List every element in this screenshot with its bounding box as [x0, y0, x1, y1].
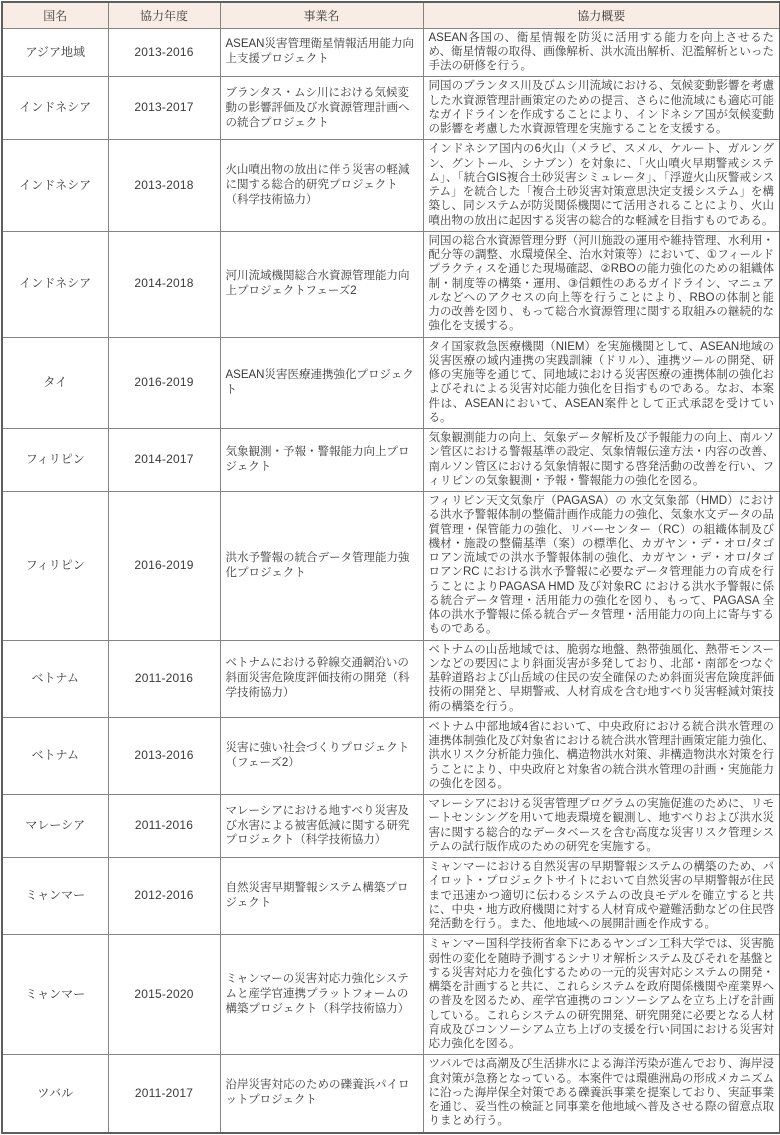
column-header-overview: 協力概要	[423, 2, 780, 28]
country-cell: インドネシア	[2, 77, 108, 140]
project-cell: ASEAN災害管理衛星情報活用能力向上支援プロジェクト	[220, 28, 423, 77]
years-cell: 2016-2019	[108, 492, 220, 641]
country-cell: ミャンマー	[2, 858, 108, 935]
country-cell: マレーシア	[2, 795, 108, 858]
country-cell: フィリピン	[2, 492, 108, 641]
table-row: ベトナム2013-2016災害に強い社会づくりプロジェクト（フェーズ2）ベトナム…	[2, 717, 780, 794]
years-cell: 2013-2018	[108, 140, 220, 232]
country-cell: ベトナム	[2, 717, 108, 794]
overview-cell: タイ国家救急医療機関（NIEM）を実施機関として、ASEAN地域の災害医療の域内…	[423, 337, 780, 429]
project-cell: 洪水予警報の統合データ管理能力強化プロジェクト	[220, 492, 423, 641]
table-row: ミャンマー2012-2016自然災害早期警報システム構築プロジェクトミャンマーに…	[2, 858, 780, 935]
years-cell: 2013-2016	[108, 717, 220, 794]
country-cell: ミャンマー	[2, 935, 108, 1055]
overview-cell: ベトナム中部地域4省において、中央政府における統合洪水管理の連携体制強化及び対象…	[423, 717, 780, 794]
years-cell: 2015-2020	[108, 935, 220, 1055]
project-cell: 河川流域機関総合水資源管理能力向上プロジェクトフェーズ2	[220, 231, 423, 337]
years-cell: 2014-2017	[108, 429, 220, 492]
years-cell: 2014-2018	[108, 231, 220, 337]
overview-cell: ツバルでは高潮及び生活排水による海洋汚染が進んでおり、海岸浸食対策が急務となって…	[423, 1055, 780, 1133]
years-cell: 2011-2016	[108, 795, 220, 858]
years-cell: 2012-2016	[108, 858, 220, 935]
project-cell: 火山噴出物の放出に伴う災害の軽減に関する総合的研究プロジェクト（科学技術協力）	[220, 140, 423, 232]
overview-cell: 気象観測能力の向上、気象データ解析及び予報能力の向上、南ルソン管区における警報基…	[423, 429, 780, 492]
overview-cell: インドネシア国内の6火山（メラピ、スメル、ケルート、ガルングン、グントール、シナ…	[423, 140, 780, 232]
table-row: インドネシア2013-2017ブランタス・ムシ川における気候変動の影響評価及び水…	[2, 77, 780, 140]
column-header-country: 国名	[2, 2, 108, 28]
country-cell: ベトナム	[2, 640, 108, 717]
project-cell: ミャンマーの災害対応力強化システムと産学官連携プラットフォームの構築プロジェクト…	[220, 935, 423, 1055]
overview-cell: フィリピン天文気象庁（PAGASA）の 水文気象部（HMD）における洪水予警報体…	[423, 492, 780, 641]
overview-cell: 同国のブランタス川及びムシ川流域における、気候変動影響を考慮した水資源管理計画策…	[423, 77, 780, 140]
project-cell: 災害に強い社会づくりプロジェクト（フェーズ2）	[220, 717, 423, 794]
table-header-row: 国名 協力年度 事業名 協力概要	[2, 2, 780, 28]
project-cell: 沿岸災害対応のための礫養浜パイロットプロジェクト	[220, 1055, 423, 1133]
table-row: ミャンマー2015-2020ミャンマーの災害対応力強化システムと産学官連携プラッ…	[2, 935, 780, 1055]
table-row: タイ2016-2019ASEAN災害医療連携強化プロジェクトタイ国家救急医療機関…	[2, 337, 780, 429]
table-row: フィリピン2014-2017気象観測・予報・警報能力向上プロジェクト気象観測能力…	[2, 429, 780, 492]
project-cell: マレーシアにおける地すべり災害及び水害による被害低減に関する研究プロジェクト（科…	[220, 795, 423, 858]
project-cell: ベトナムにおける幹線交通網沿いの斜面災害危険度評価技術の開発（科学技術協力）	[220, 640, 423, 717]
years-cell: 2016-2019	[108, 337, 220, 429]
overview-cell: ベトナムの山岳地域では、脆弱な地盤、熱帯強風化、熱帯モンスーンなどの要因により斜…	[423, 640, 780, 717]
project-cell: 自然災害早期警報システム構築プロジェクト	[220, 858, 423, 935]
country-cell: フィリピン	[2, 429, 108, 492]
overview-cell: ミャンマーにおける自然災害の早期警報システムの構築のため、パイロット・プロジェク…	[423, 858, 780, 935]
overview-cell: 同国の総合水資源管理分野（河川施設の運用や維持管理、水利用・配分等の調整、水環境…	[423, 231, 780, 337]
country-cell: ツバル	[2, 1055, 108, 1133]
project-cell: 気象観測・予報・警報能力向上プロジェクト	[220, 429, 423, 492]
table-row: マレーシア2011-2016マレーシアにおける地すべり災害及び水害による被害低減…	[2, 795, 780, 858]
project-cell: ブランタス・ムシ川における気候変動の影響評価及び水資源管理計画への統合プロジェク…	[220, 77, 423, 140]
years-cell: 2013-2016	[108, 28, 220, 77]
country-cell: インドネシア	[2, 140, 108, 232]
column-header-years: 協力年度	[108, 2, 220, 28]
column-header-project: 事業名	[220, 2, 423, 28]
table-row: インドネシア2013-2018火山噴出物の放出に伴う災害の軽減に関する総合的研究…	[2, 140, 780, 232]
table-row: アジア地域2013-2016ASEAN災害管理衛星情報活用能力向上支援プロジェク…	[2, 28, 780, 77]
years-cell: 2011-2017	[108, 1055, 220, 1133]
years-cell: 2011-2016	[108, 640, 220, 717]
country-cell: インドネシア	[2, 231, 108, 337]
project-cell: ASEAN災害医療連携強化プロジェクト	[220, 337, 423, 429]
table-row: ツバル2011-2017沿岸災害対応のための礫養浜パイロットプロジェクトツバルで…	[2, 1055, 780, 1133]
table-row: インドネシア2014-2018河川流域機関総合水資源管理能力向上プロジェクトフェ…	[2, 231, 780, 337]
overview-cell: マレーシアにおける災害管理プログラムの実施促進のために、リモートセンシングを用い…	[423, 795, 780, 858]
years-cell: 2013-2017	[108, 77, 220, 140]
country-cell: アジア地域	[2, 28, 108, 77]
overview-cell: ミャンマー国科学技術省傘下にあるヤンゴン工科大学では、災害脆弱性の変化を随時予測…	[423, 935, 780, 1055]
table-row: フィリピン2016-2019洪水予警報の統合データ管理能力強化プロジェクトフィリ…	[2, 492, 780, 641]
cooperation-projects-table: 国名 協力年度 事業名 協力概要 アジア地域2013-2016ASEAN災害管理…	[1, 1, 780, 1134]
overview-cell: ASEAN各国の、衛星情報を防災に活用する能力を向上させるため、衛星情報の取得、…	[423, 28, 780, 77]
table-row: ベトナム2011-2016ベトナムにおける幹線交通網沿いの斜面災害危険度評価技術…	[2, 640, 780, 717]
country-cell: タイ	[2, 337, 108, 429]
document-page: 国名 協力年度 事業名 協力概要 アジア地域2013-2016ASEAN災害管理…	[0, 0, 780, 1135]
table-body: アジア地域2013-2016ASEAN災害管理衛星情報活用能力向上支援プロジェク…	[2, 28, 780, 1133]
